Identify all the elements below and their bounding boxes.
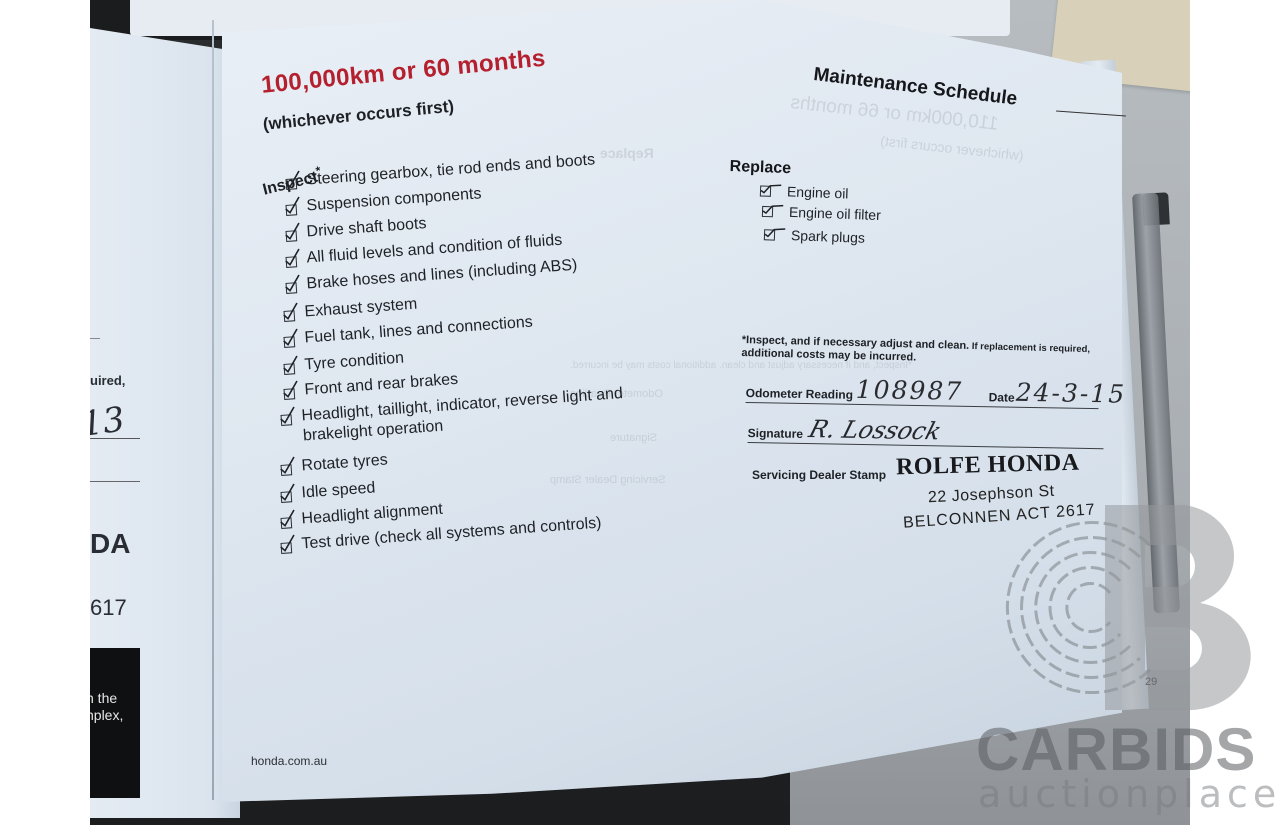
bleed-through-text: Replace — [600, 145, 654, 161]
replace-item-label: Engine oil filter — [789, 204, 881, 223]
signature-label: Signature — [748, 426, 804, 441]
bleed-through-text: (whichever occurs first) — [880, 133, 1025, 164]
checked-checkbox-icon[interactable] — [280, 464, 292, 476]
replace-item-label: Spark plugs — [791, 227, 865, 246]
checked-checkbox-icon[interactable] — [280, 542, 292, 554]
inspect-item: Rotate tyres — [280, 451, 388, 478]
dealer-stamp-address: 22 Josephson St — [928, 483, 1055, 508]
checked-checkbox-icon[interactable] — [283, 388, 295, 400]
inspect-item-label: Headlight alignment — [301, 501, 443, 528]
checked-checkbox-icon[interactable] — [285, 230, 297, 242]
dealer-stamp-label: Servicing Dealer Stamp — [752, 468, 886, 482]
watermark-b-letter-icon — [1015, 505, 1255, 710]
service-interval-subtitle: (whichever occurs first) — [262, 97, 455, 135]
inspect-item-label: Rotate tyres — [301, 452, 388, 475]
replace-item-label: Engine oil — [787, 183, 849, 201]
watermark-tagline: auctionplace — [978, 772, 1280, 816]
dealer-stamp-name: ROLFE HONDA — [896, 450, 1080, 482]
checked-checkbox-icon[interactable] — [285, 282, 297, 294]
checked-checkbox-icon[interactable] — [280, 414, 292, 426]
checked-checkbox-icon[interactable] — [760, 185, 771, 196]
signature-row: Signature R. Lossock — [748, 416, 1104, 449]
inspect-item-label: Drive shaft boots — [306, 215, 427, 240]
checked-checkbox-icon[interactable] — [283, 363, 295, 375]
inspect-item: Steering gearbox, tie rod ends and boots — [285, 150, 596, 192]
replace-item: Engine oil — [760, 182, 849, 201]
checked-checkbox-icon[interactable] — [283, 310, 295, 322]
date-label: Date — [989, 390, 1015, 404]
odometer-value: 108987 — [856, 375, 964, 406]
checked-checkbox-icon[interactable] — [764, 229, 775, 240]
checked-checkbox-icon[interactable] — [285, 256, 297, 268]
replace-item: Spark plugs — [764, 226, 865, 246]
checked-checkbox-icon[interactable] — [285, 204, 297, 216]
website-url: honda.com.au — [251, 754, 327, 768]
inspect-item: Drive shaft boots — [285, 214, 427, 244]
inspect-item-label: Suspension components — [306, 185, 482, 214]
inspect-item: Idle speed — [280, 478, 376, 505]
inspect-item: Tyre condition — [283, 349, 405, 377]
signature-value: R. Lossock — [806, 415, 945, 445]
checked-checkbox-icon[interactable] — [280, 517, 292, 529]
odometer-label: Odometer Reading — [746, 386, 854, 402]
replace-heading: Replace — [729, 158, 791, 178]
inspect-item-label: Steering gearbox, tie rod ends and boots — [306, 151, 596, 188]
bleed-through-text: Servicing Dealer Stamp — [550, 474, 666, 486]
inspect-item-label: Front and rear brakes — [304, 371, 459, 399]
inspect-item: Exhaust system — [283, 295, 418, 324]
inspect-item-label: Tyre condition — [304, 350, 405, 374]
service-interval-title: 100,000km or 60 months — [260, 45, 547, 100]
bleed-through-text: Signature — [610, 432, 657, 444]
title-underline — [1056, 111, 1126, 117]
footnote-text: If replacement is required, — [969, 341, 1090, 355]
checked-checkbox-icon[interactable] — [283, 336, 295, 348]
replace-item: Engine oil filter — [762, 203, 881, 223]
odometer-date-row: Odometer Reading 108987 Date 24-3-15 — [746, 376, 1099, 409]
checked-checkbox-icon[interactable] — [762, 205, 773, 216]
date-value: 24-3-15 — [1016, 378, 1127, 409]
inspect-item-label: Exhaust system — [304, 296, 418, 321]
checked-checkbox-icon[interactable] — [285, 178, 297, 190]
inspect-item-label: Idle speed — [301, 479, 376, 501]
checked-checkbox-icon[interactable] — [280, 491, 292, 503]
